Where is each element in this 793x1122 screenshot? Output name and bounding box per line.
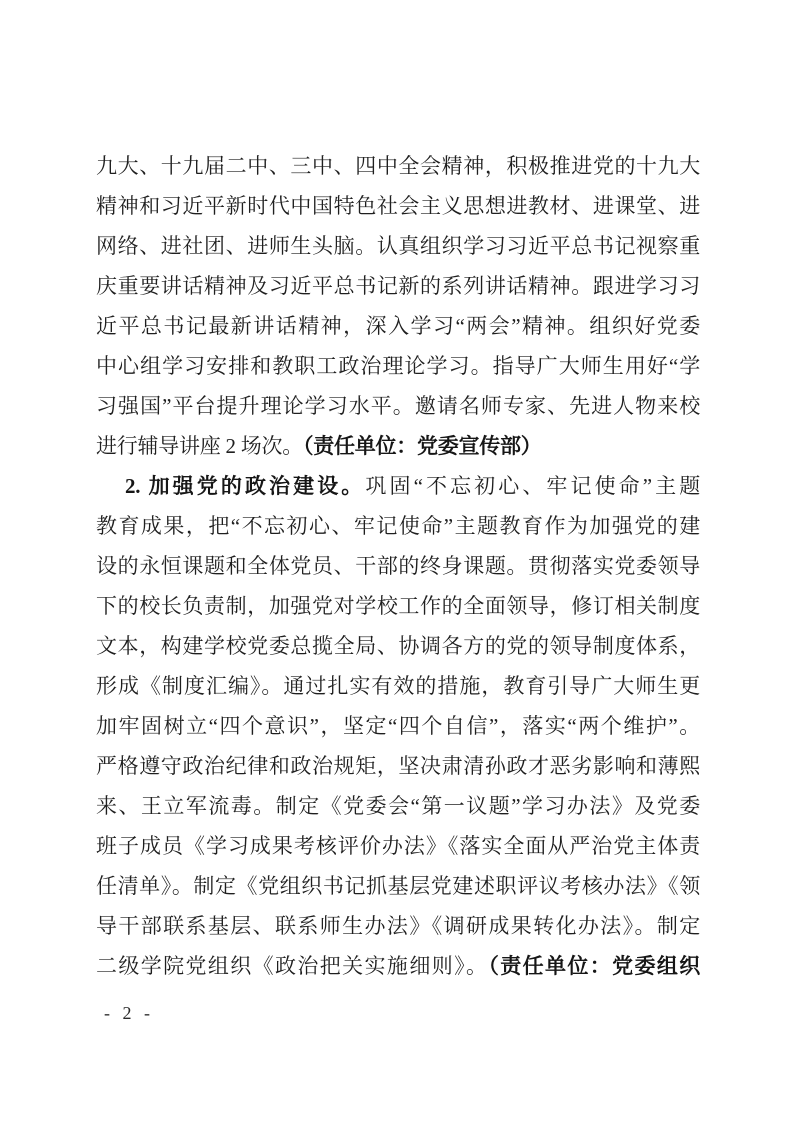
document-body: 九大、十九届二中、三中、四中全会精神，积极推进党的十九大 精神和习近平新时代中国…	[96, 146, 700, 986]
text-line: 中心组学习安排和教职工政治理论学习。指导广大师生用好“学	[96, 346, 700, 386]
text-line: 加牢固树立“四个意识”，坚定“四个自信”，落实“两个维护”。	[96, 706, 700, 746]
text-run: 九大、十九届二中、三中、四中全会精神，积极推进党的十九大	[96, 154, 700, 178]
responsible-unit-label: （责任单位：党委组织	[488, 954, 700, 978]
text-line: 下的校长负责制，加强党对学校工作的全面领导，修订相关制度	[96, 586, 700, 626]
text-run: 习强国”平台提升理论学习水平。邀请名师专家、先进人物来校	[96, 394, 700, 418]
document-page: 九大、十九届二中、三中、四中全会精神，积极推进党的十九大 精神和习近平新时代中国…	[0, 0, 793, 1122]
text-line: 习强国”平台提升理论学习水平。邀请名师专家、先进人物来校	[96, 386, 700, 426]
text-run: 教育成果，把“不忘初心、牢记使命”主题教育作为加强党的建	[96, 514, 700, 538]
text-run: 巩固“不忘初心、牢记使命”主题	[365, 474, 700, 498]
text-line: 教育成果，把“不忘初心、牢记使命”主题教育作为加强党的建	[96, 506, 700, 546]
text-line: 精神和习近平新时代中国特色社会主义思想进教材、进课堂、进	[96, 186, 700, 226]
text-run: 精神和习近平新时代中国特色社会主义思想进教材、进课堂、进	[96, 194, 700, 218]
text-run: 形成《制度汇编》。通过扎实有效的措施，教育引导广大师生更	[96, 674, 700, 698]
text-line: 严格遵守政治纪律和政治规矩，坚决肃清孙政才恶劣影响和薄熙	[96, 746, 700, 786]
text-line: 庆重要讲话精神及习近平总书记新的系列讲话精神。跟进学习习	[96, 266, 700, 306]
text-line: 九大、十九届二中、三中、四中全会精神，积极推进党的十九大	[96, 146, 700, 186]
text-line: 形成《制度汇编》。通过扎实有效的措施，教育引导广大师生更	[96, 666, 700, 706]
text-run: 文本，构建学校党委总揽全局、协调各方的党的领导制度体系，	[96, 634, 700, 658]
text-line: 文本，构建学校党委总揽全局、协调各方的党的领导制度体系，	[96, 626, 700, 666]
text-line: 设的永恒课题和全体党员、干部的终身课题。贯彻落实党委领导	[96, 546, 700, 586]
text-line: 2. 加强党的政治建设。巩固“不忘初心、牢记使命”主题	[96, 466, 700, 506]
section-heading: 2. 加强党的政治建设。	[125, 474, 365, 498]
text-run: 加牢固树立“四个意识”，坚定“四个自信”，落实“两个维护”。	[96, 714, 700, 738]
text-line: 网络、进社团、进师生头脑。认真组织学习习近平总书记视察重	[96, 226, 700, 266]
text-line: 任清单》。制定《党组织书记抓基层党建述职评议考核办法》《领	[96, 866, 700, 906]
text-line: 来、王立军流毒。制定《党委会“第一议题”学习办法》及党委	[96, 786, 700, 826]
text-line: 近平总书记最新讲话精神，深入学习“两会”精神。组织好党委	[96, 306, 700, 346]
text-run: 庆重要讲话精神及习近平总书记新的系列讲话精神。跟进学习习	[96, 274, 700, 298]
text-run: 网络、进社团、进师生头脑。认真组织学习习近平总书记视察重	[96, 234, 700, 258]
text-run: 班子成员《学习成果考核评价办法》《落实全面从严治党主体责	[96, 834, 700, 858]
text-run: 设的永恒课题和全体党员、干部的终身课题。贯彻落实党委领导	[96, 554, 700, 578]
text-line: 进行辅导讲座 2 场次。（责任单位：党委宣传部）	[96, 426, 700, 466]
text-line: 导干部联系基层、联系师生办法》《调研成果转化办法》。制定	[96, 906, 700, 946]
text-line: 二级学院党组织《政治把关实施细则》。（责任单位：党委组织	[96, 946, 700, 986]
text-run: 进行辅导讲座 2 场次。	[96, 434, 303, 458]
text-run: 导干部联系基层、联系师生办法》《调研成果转化办法》。制定	[96, 914, 700, 938]
text-run: 来、王立军流毒。制定《党委会“第一议题”学习办法》及党委	[96, 794, 700, 818]
text-run: 近平总书记最新讲话精神，深入学习“两会”精神。组织好党委	[96, 314, 700, 338]
text-run: 中心组学习安排和教职工政治理论学习。指导广大师生用好“学	[96, 354, 700, 378]
text-run: 严格遵守政治纪律和政治规矩，坚决肃清孙政才恶劣影响和薄熙	[96, 754, 700, 778]
responsible-unit-label: （责任单位：党委宣传部）	[303, 434, 542, 458]
text-line: 班子成员《学习成果考核评价办法》《落实全面从严治党主体责	[96, 826, 700, 866]
text-run: 下的校长负责制，加强党对学校工作的全面领导，修订相关制度	[96, 594, 700, 618]
page-number: - 2 -	[104, 1000, 154, 1026]
text-run: 二级学院党组织《政治把关实施细则》。	[96, 954, 488, 978]
text-run: 任清单》。制定《党组织书记抓基层党建述职评议考核办法》《领	[96, 874, 700, 898]
